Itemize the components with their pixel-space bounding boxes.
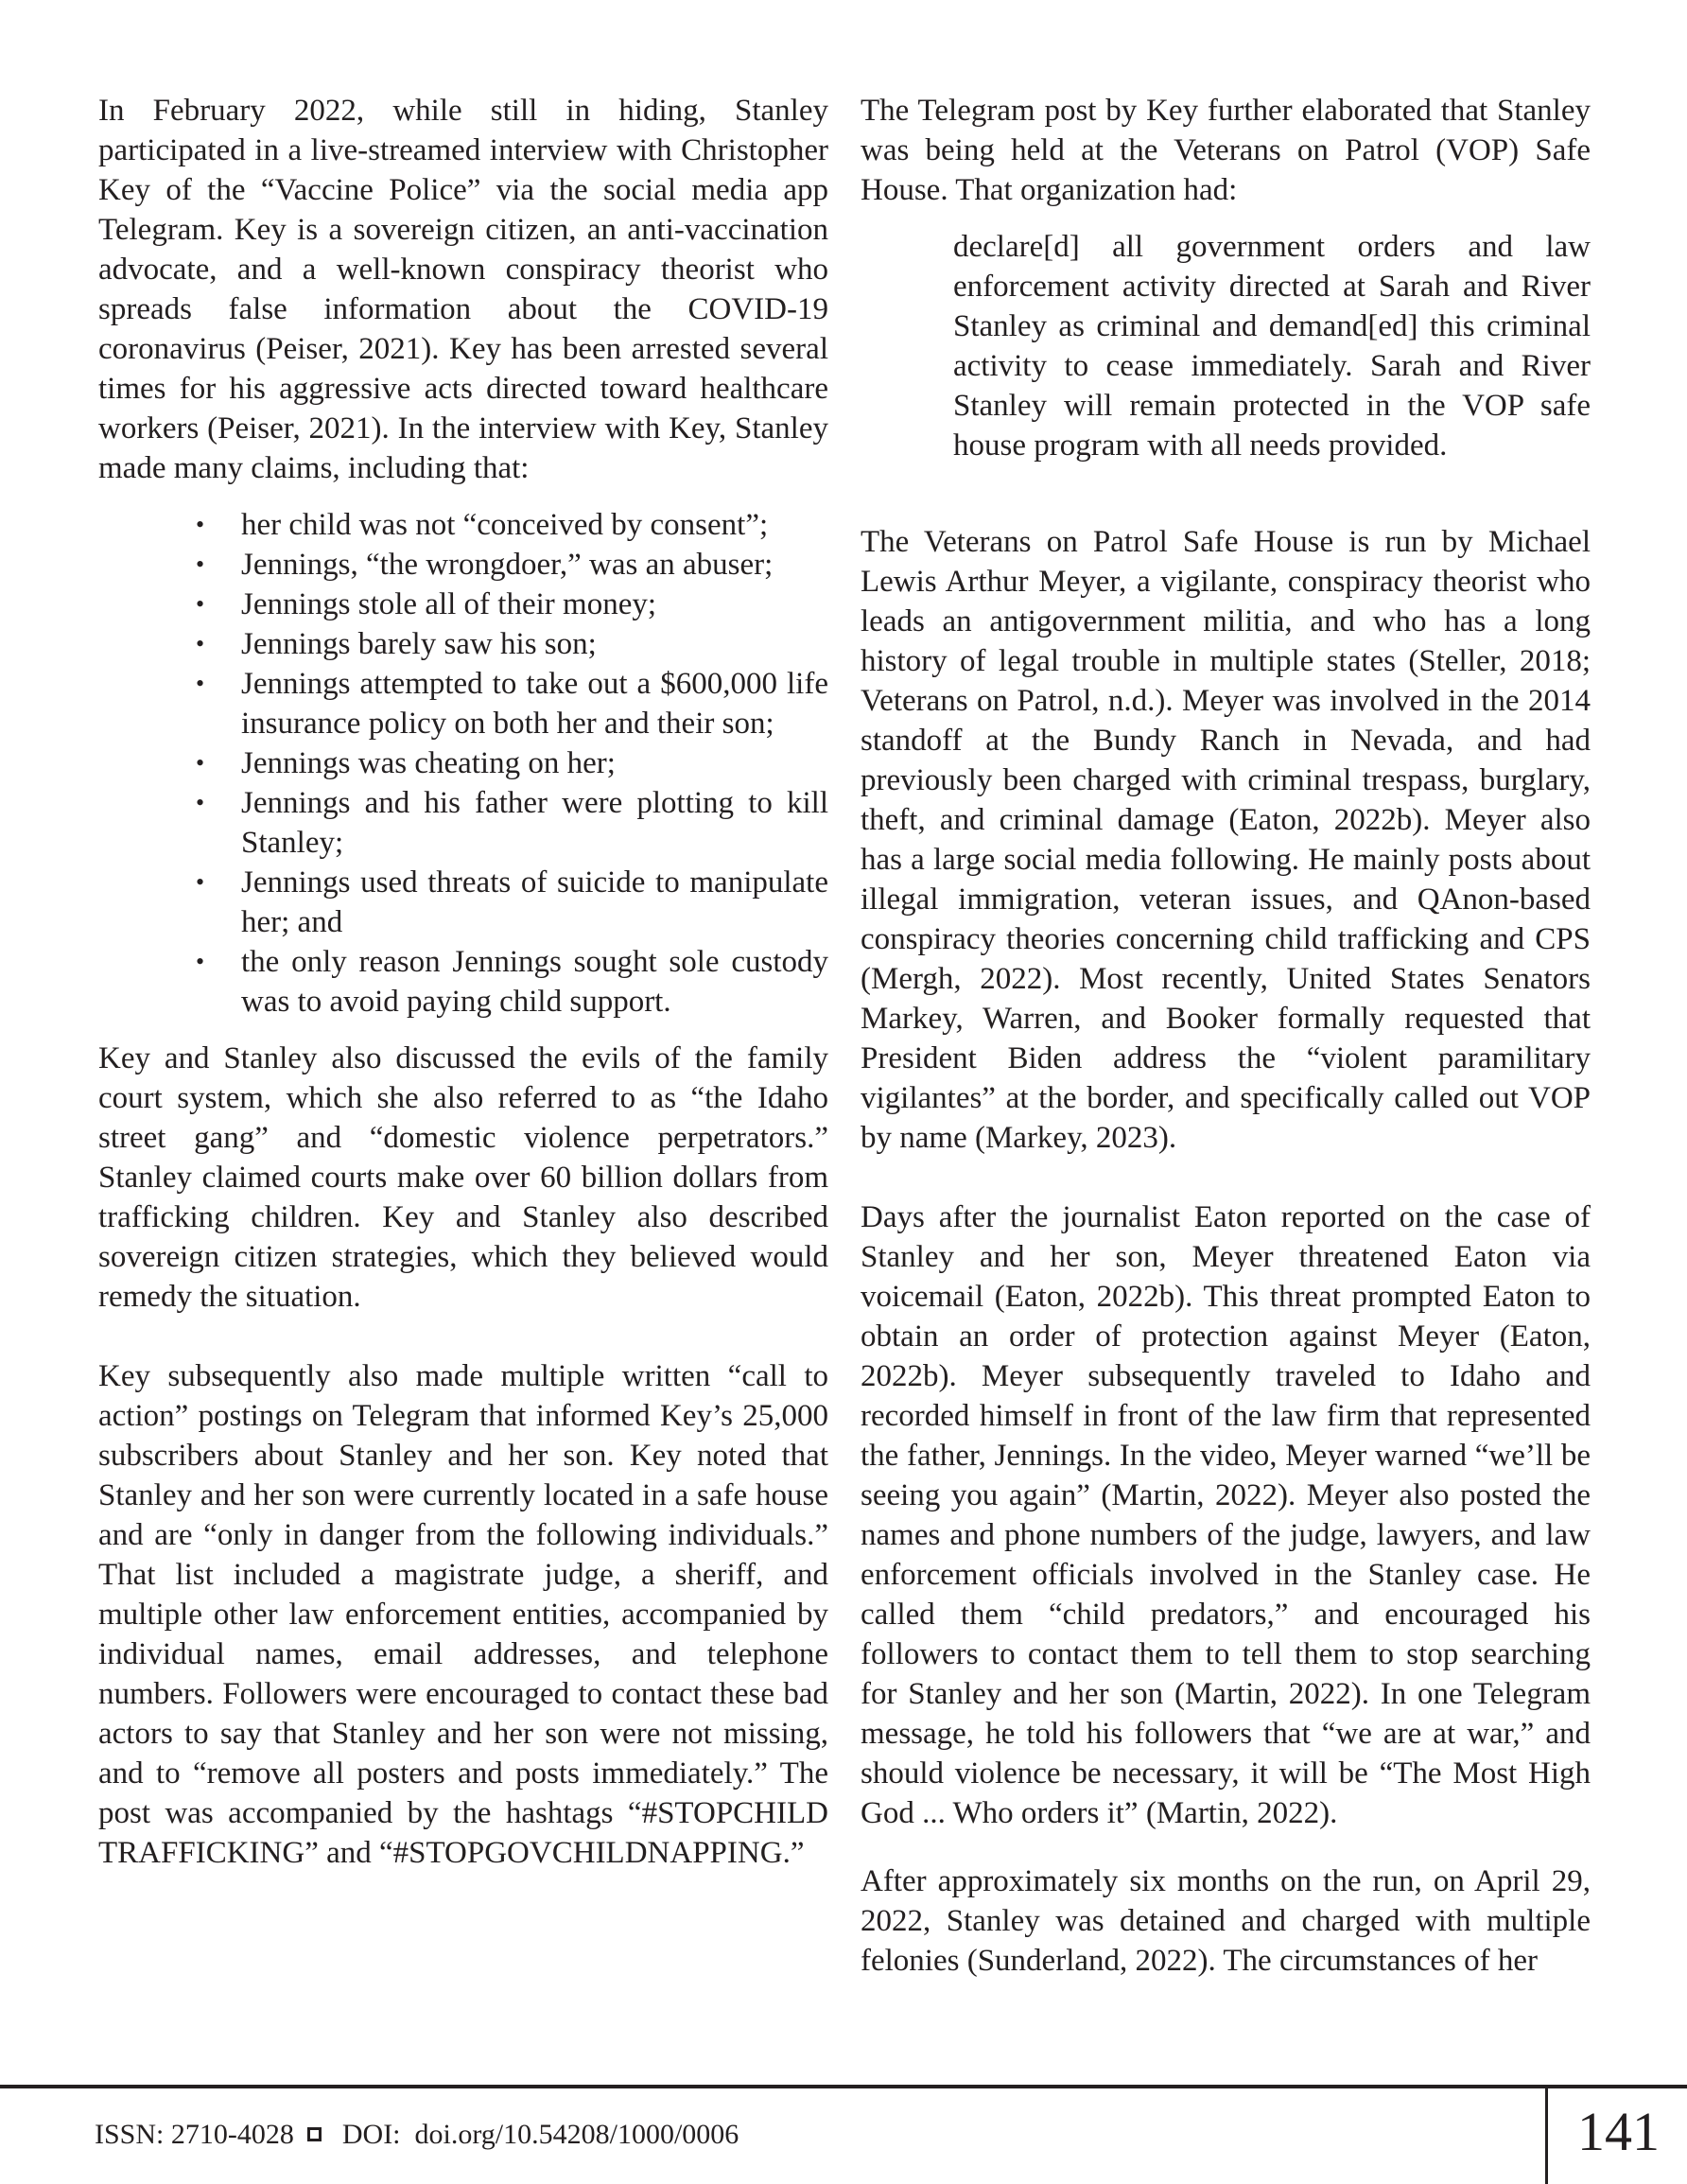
right-column: The Telegram post by Key further elabora… [861, 91, 1591, 1981]
paragraph-eaton-threat: Days after the journalist Eaton reported… [861, 1197, 1591, 1833]
footer-rule [0, 2085, 1687, 2088]
doi-value: doi.org/10.54208/1000/0006 [415, 2119, 739, 2150]
footer-citation: ISSN: 2710-4028DOI: doi.org/10.54208/100… [95, 2116, 739, 2154]
paragraph-vop-meyer: The Veterans on Patrol Safe House is run… [861, 522, 1591, 1158]
paragraph-call-to-action: Key subsequently also made multiple writ… [98, 1356, 828, 1873]
list-item-text: Jennings, “the wrongdoer,” was an abuser… [241, 548, 773, 582]
list-item-text: Jennings was cheating on her; [241, 746, 616, 780]
list-item-text: Jennings attempted to take out a $600,00… [241, 667, 828, 741]
bullet-icon: • [196, 942, 204, 982]
list-item-text: Jennings stole all of their money; [241, 587, 656, 621]
bullet-icon: • [196, 664, 204, 704]
list-item: •Jennings, “the wrongdoer,” was an abuse… [241, 545, 828, 585]
bullet-icon: • [196, 505, 204, 545]
page-number: 141 [1577, 2102, 1660, 2162]
bullet-icon: • [196, 545, 204, 585]
list-item: •her child was not “conceived by consent… [241, 505, 828, 545]
paragraph-interview-intro: In February 2022, while still in hiding,… [98, 91, 828, 488]
list-item-text: Jennings and his father were plotting to… [241, 786, 828, 860]
list-item: •Jennings was cheating on her; [241, 743, 828, 783]
paragraph-family-court: Key and Stanley also discussed the evils… [98, 1039, 828, 1317]
list-item: •Jennings used threats of suicide to man… [241, 863, 828, 942]
doi-label: DOI: [342, 2119, 401, 2150]
paragraph-detention: After approximately six months on the ru… [861, 1861, 1591, 1981]
list-item-text: the only reason Jennings sought sole cus… [241, 945, 828, 1019]
list-item: •the only reason Jennings sought sole cu… [241, 942, 828, 1022]
list-item: •Jennings barely saw his son; [241, 624, 828, 664]
list-item-text: Jennings barely saw his son; [241, 627, 597, 661]
claims-list: •her child was not “conceived by consent… [98, 505, 828, 1022]
paragraph-telegram-post: The Telegram post by Key further elabora… [861, 91, 1591, 210]
issn: ISSN: 2710-4028 [95, 2119, 294, 2150]
block-quote-vop: declare[d] all government orders and law… [953, 227, 1591, 465]
square-separator-icon [307, 2127, 322, 2141]
bullet-icon: • [196, 585, 204, 624]
list-item-text: Jennings used threats of suicide to mani… [241, 865, 828, 939]
bullet-icon: • [196, 863, 204, 902]
list-item: •Jennings attempted to take out a $600,0… [241, 664, 828, 743]
list-item-text: her child was not “conceived by consent”… [241, 508, 768, 542]
footer-divider [1545, 2087, 1548, 2184]
bullet-icon: • [196, 624, 204, 664]
list-item: •Jennings and his father were plotting t… [241, 783, 828, 863]
bullet-icon: • [196, 743, 204, 783]
list-item: •Jennings stole all of their money; [241, 585, 828, 624]
bullet-icon: • [196, 783, 204, 823]
left-column: In February 2022, while still in hiding,… [98, 91, 828, 1873]
